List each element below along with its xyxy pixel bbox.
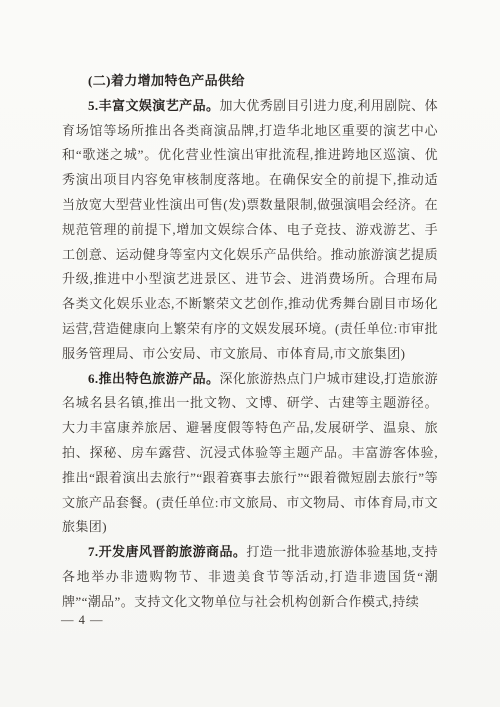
paragraph-lead: 7.开发唐风晋韵旅游商品。: [88, 544, 246, 559]
section-heading: (二)着力增加特色产品供给: [62, 69, 438, 94]
document-body: (二)着力增加特色产品供给 5.丰富文娱演艺产品。加大优秀剧目引进力度,利用剧院…: [62, 69, 438, 617]
page-number: — 4 —: [61, 612, 104, 628]
paragraph-lead: 5.丰富文娱演艺产品。: [88, 98, 219, 113]
paragraph-item-5: 5.丰富文娱演艺产品。加大优秀剧目引进力度,利用剧院、体育场馆等场所推出各类商演…: [62, 94, 438, 367]
document-page: (二)着力增加特色产品供给 5.丰富文娱演艺产品。加大优秀剧目引进力度,利用剧院…: [0, 0, 500, 707]
paragraph-item-7: 7.开发唐风晋韵旅游商品。打造一批非遗旅游体验基地,支持各地举办非遗购物节、非遗…: [62, 540, 438, 614]
paragraph-body: 深化旅游热点门户城市建设,打造旅游名城名县名镇,推出一批文物、文博、研学、古建等…: [62, 371, 438, 535]
paragraph-item-6: 6.推出特色旅游产品。深化旅游热点门户城市建设,打造旅游名城名县名镇,推出一批文…: [62, 367, 438, 541]
paragraph-lead: 6.推出特色旅游产品。: [88, 371, 219, 386]
paragraph-body: 加大优秀剧目引进力度,利用剧院、体育场馆等场所推出各类商演品牌,打造华北地区重要…: [62, 98, 438, 361]
